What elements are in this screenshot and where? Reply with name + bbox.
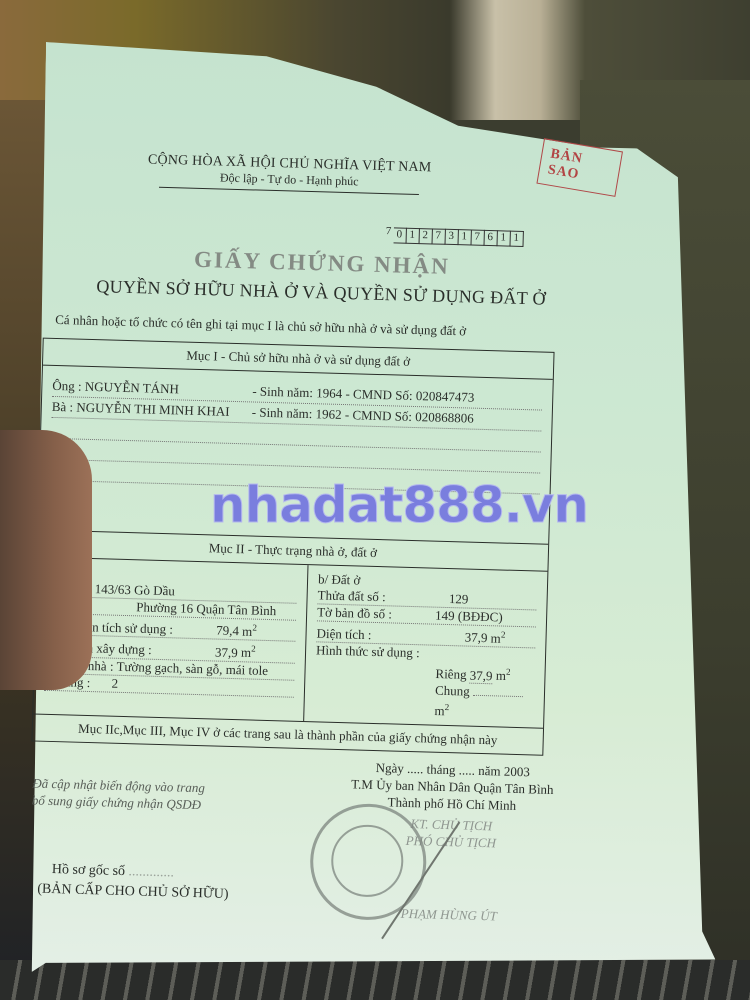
- built-area-value: 37,9: [215, 644, 238, 661]
- owner-prefix: Bà :: [52, 399, 74, 415]
- owner-details: - Sinh năm: 1962 - CMND Số: 020868806: [252, 404, 474, 426]
- record-block: Hồ sơ gốc số ............. (BẢN CẤP CHO …: [37, 860, 229, 905]
- certificate-document: BẢN SAO CỘNG HÒA XÃ HỘI CHỦ NGHĨA VIỆT N…: [43, 150, 619, 757]
- serial-digit: 2: [419, 228, 432, 244]
- plot-label: Thửa đất số :: [317, 587, 385, 604]
- update-note: Đã cập nhật biến động vào trang bổ sung …: [32, 774, 205, 813]
- unit: m: [241, 645, 252, 660]
- serial-digit: 6: [484, 230, 497, 246]
- plot-value: 129: [449, 591, 469, 607]
- land-column: b/ Đất ở Thửa đất số : 129 Tờ bản đồ số …: [304, 565, 547, 728]
- unit: m: [434, 703, 445, 718]
- serial-digit: 1: [497, 230, 510, 246]
- serial-number: 7 0 1 2 7 3 1 7 6 1 1: [386, 227, 524, 247]
- land-area-label: Diện tích :: [316, 626, 371, 643]
- structure-value: Tường gạch, sàn gỗ, mái tole: [116, 658, 268, 677]
- background-grate: [0, 960, 750, 1000]
- usage-label: Hình thức sử dụng :: [316, 643, 420, 661]
- total-area-value: 79,4: [216, 623, 239, 640]
- watermark: nhadat888.vn: [210, 476, 588, 534]
- shared-value: [473, 694, 523, 696]
- serial-prefix: 7: [386, 225, 392, 237]
- private-label: Riêng: [435, 666, 466, 682]
- address-line1: 143/63 Gò Dầu: [95, 581, 176, 598]
- unit: m: [242, 624, 253, 639]
- intro-text: Cá nhân hoặc tổ chức có tên ghi tại mục …: [55, 312, 615, 344]
- section2-columns: a/ Nhà ở Địa chỉ : 143/63 Gò Dầu Phường …: [33, 557, 547, 728]
- map-value: 149 (BĐĐC): [435, 608, 503, 625]
- holding-thumb: [0, 430, 92, 690]
- owner-details: - Sinh năm: 1964 - CMND Số: 020847473: [252, 383, 474, 405]
- private-value: 37,9: [470, 667, 493, 684]
- record-label: Hồ sơ gốc số: [52, 862, 126, 879]
- owner-name: NGUYỄN THI MINH KHAI: [76, 400, 230, 419]
- address-line2: Phường 16 Quận Tân Bình: [136, 599, 276, 618]
- map-label: Tờ bản đồ số :: [317, 604, 392, 621]
- land-area-value: 37,9: [464, 630, 487, 646]
- owner-prefix: Ông :: [52, 378, 82, 394]
- floors-value: 2: [111, 675, 118, 690]
- shared-label: Chung: [435, 682, 470, 698]
- serial-digit: 7: [471, 230, 484, 246]
- serial-digit: 7: [432, 228, 445, 244]
- certificate-table: Mục I - Chủ sở hữu nhà ở và sử dụng đất …: [31, 338, 554, 756]
- serial-digit: 1: [458, 229, 471, 245]
- serial-digit: 0: [393, 227, 406, 243]
- serial-digit: 1: [510, 231, 523, 247]
- unit: m: [490, 631, 501, 646]
- serial-digit: 1: [406, 228, 419, 244]
- owner-name: NGUYỄN TÁNH: [85, 379, 179, 397]
- serial-digit: 3: [445, 229, 458, 245]
